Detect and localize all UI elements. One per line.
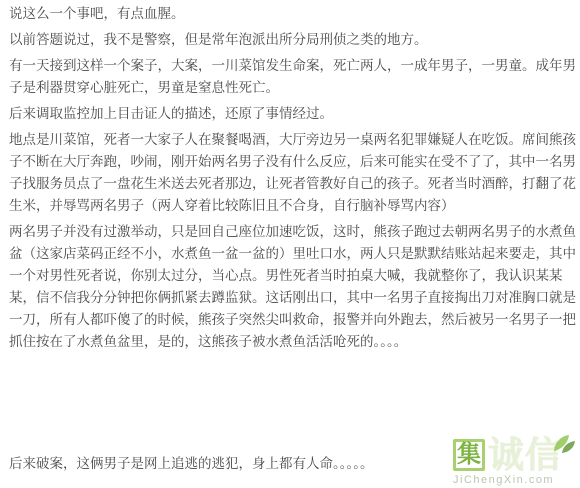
watermark-logo-row: 集 诚信	[453, 436, 575, 473]
article-body: 说这么一个事吧，有点血腥。 以前答题说过，我不是警察，但是常年泡派出所分局刑侦之…	[0, 0, 580, 475]
story-paragraph: 说这么一个事吧，有点血腥。	[9, 3, 576, 25]
story-paragraph: 有一天接到这样一个案子，大案，一川菜馆发生命案，死亡两人，一成年男子，一男童。成…	[9, 55, 576, 99]
watermark-domain: JiChengXin.com	[453, 474, 575, 487]
story-paragraph: 地点是川菜馆，死者一大家子人在聚餐喝酒，大厅旁边另一桌两名犯罪嫌疑人在吃饭。席间…	[9, 129, 576, 217]
watermark: 集 诚信 JiChengXin.com	[453, 436, 575, 487]
story-paragraph: 以前答题说过，我不是警察，但是常年泡派出所分局刑侦之类的地方。	[9, 29, 576, 51]
watermark-logo-text: 诚信	[488, 436, 562, 473]
watermark-logo-box: 集	[453, 439, 485, 471]
story-paragraph: 后来调取监控加上目击证人的描述，还原了事情经过。	[9, 103, 576, 125]
leaf-icon	[552, 433, 576, 455]
page: { "page": { "background": "#ffffff", "te…	[0, 0, 580, 488]
story-paragraph: 两名男子并没有过激举动，只是回自己座位加速吃饭，这时，熊孩子跑过去朝两名男子的水…	[9, 221, 576, 353]
watermark-logo-char: 集	[457, 442, 481, 468]
